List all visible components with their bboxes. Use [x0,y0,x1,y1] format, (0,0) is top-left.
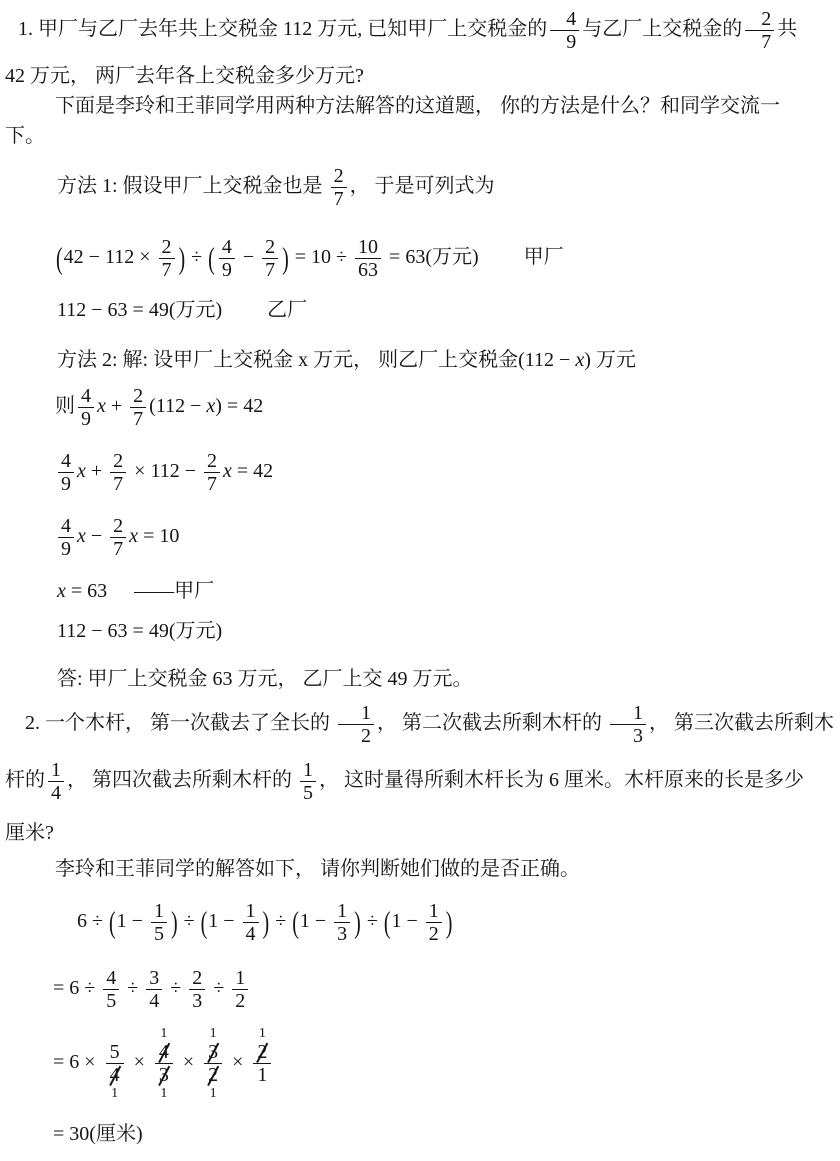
right-paren: ) [354,902,361,942]
fraction-3-4: 34 [146,967,162,1012]
method1-text: 方法 1: 假设甲厂上交税金也是 [57,175,323,197]
denominator: 7 [110,473,126,495]
fraction-4-9: 49 [550,8,579,53]
equation-text: 1 − [117,910,143,932]
right-paren: ) [179,238,186,278]
numerator: 1 [232,967,248,990]
digit: 1 [257,1064,267,1086]
numerator: 1 [610,702,646,725]
struck-digit: 2 [208,1064,218,1086]
method1-heading: 方法 1: 假设甲厂上交税金也是 27， 于是可列式为 [57,165,836,210]
division-sign: ÷ [213,977,224,999]
equation-text: = 6 × [53,1051,96,1073]
left-paren: ( [292,902,299,942]
numerator: 1 [243,900,259,923]
fraction-1-4: 14 [48,759,64,804]
equation-text: 112 − 63 = 49(万元) [57,299,222,321]
solution2-result: = 30(厘米) [53,1119,836,1149]
numerator: 4 [58,450,74,473]
numerator: 1 [48,759,64,782]
equation-text: 42 − 112 × [64,246,151,268]
numerator: 4 [550,8,579,31]
numerator: 1 [300,759,316,782]
left-paren: ( [109,902,116,942]
numerator: 1 [338,702,374,725]
problem2-intro: 李玲和王菲同学的解答如下， 请你判断她们做的是否正确。 [5,854,836,884]
minus-sign: − [243,246,254,268]
numerator: 1 [426,900,442,923]
intro-text: 下。 [5,125,45,147]
problem1-intro-line1: 下面是李玲和王菲同学用两种方法解答的这道题， 你的方法是什么？和同学交流一 [5,91,836,121]
denominator: 4 [106,1064,124,1086]
method2-equation5: 112 − 63 = 49(万元) [57,616,836,646]
multiplication-sign: × [134,1051,145,1073]
variable-x: x [77,525,86,547]
method2-equation2: 49x + 27 × 112 − 27x = 42 [55,450,836,495]
left-paren: ( [56,238,63,278]
fraction-2-7: 27 [130,385,146,430]
right-paren: ) [446,902,453,942]
denominator: 5 [151,923,167,945]
right-paren: ) [282,238,289,278]
problem2-statement-line1: 2. 一个木杆， 第一次截去了全长的 12， 第二次截去所剩木杆的 13， 第三… [5,702,836,747]
division-sign: ÷ [275,910,286,932]
denominator: 2 [426,923,442,945]
denominator: 9 [58,473,74,495]
problem2-text: 厘米? [5,822,54,844]
variable-x: x [57,580,66,602]
factory-a-label: 甲厂 [524,246,564,268]
problem1-text: 42 万元， 两厂去年各上交税金多少万元? [5,65,364,87]
answer-text: 答: 甲厂上交税金 63 万元， 乙厂上交 49 万元。 [57,668,473,690]
fraction-1-3: 13 [610,702,646,747]
denominator: 9 [219,259,235,281]
equation-result: = 30(厘米) [53,1123,143,1145]
numerator: 2 [262,236,278,259]
intro-text: 李玲和王菲同学的解答如下， 请你判断她们做的是否正确。 [55,858,580,880]
denominator: 7 [204,473,220,495]
method1-equation1: (42 − 112 × 27) ÷ (49 − 27) = 10 ÷ 1063 … [55,236,836,281]
fraction-4-5: 45 [103,967,119,1012]
digit: 5 [110,1041,120,1063]
numerator: 1 [334,900,350,923]
variable-x: x [77,460,86,482]
equation-result: = 63(万元) [389,246,479,268]
problem2-text: ， 第二次截去所剩木杆的 [377,712,602,734]
method2-equation4: x = 63 ——甲厂 [57,576,836,606]
numerator: 2 [745,8,774,31]
worksheet-page: 1. 甲厂与乙厂去年共上交税金 112 万元, 已知甲厂上交税金的49与乙厂上交… [0,0,840,1161]
denominator: 3 [334,923,350,945]
cancelled-fraction-4-3: 1431 [155,1026,173,1101]
denominator: 4 [48,782,64,804]
variable-x: x [223,460,232,482]
problem2-text: ， 第四次截去所剩木杆的 [67,769,292,791]
denominator: 7 [262,259,278,281]
problem1-text: 共 [777,18,797,40]
fraction-1-5: 15 [151,900,167,945]
numerator: 4 [58,515,74,538]
factory-b-label: 乙厂 [267,299,307,321]
left-paren: ( [201,902,208,942]
struck-digit: 4 [159,1041,169,1063]
equation-text: 则 [55,395,75,417]
fraction-1-2: 12 [232,967,248,1012]
variable-x: x [129,525,138,547]
equation-text: 1 − [208,910,234,932]
numerator: 2 [331,165,347,188]
numerator: 4 [155,1041,173,1064]
fraction-2-3: 23 [189,967,205,1012]
method2-text: 方法 2: 解: 设甲厂上交税金 x 万元， 则乙厂上交税金(112 − [57,349,570,371]
denominator: 3 [610,725,646,747]
variable-x: x [97,395,106,417]
fraction-4-9: 49 [58,450,74,495]
problem1-text: 与乙厂上交税金的 [582,18,742,40]
equation-text: = 42 [237,460,273,482]
denominator: 9 [550,31,579,53]
struck-digit: 3 [208,1041,218,1063]
fraction-2-7: 27 [110,450,126,495]
problem1-answer: 答: 甲厂上交税金 63 万元， 乙厂上交 49 万元。 [57,664,836,694]
denominator: 2 [232,990,248,1012]
fraction-1-2: 12 [426,900,442,945]
numerator: 1 [151,900,167,923]
solution2-line3-cancellation: = 6 × 541 × 1431 × 1321 × 121 [53,1026,836,1101]
method2-equation3: 49x − 27x = 10 [55,515,836,560]
plus-sign: + [111,395,122,417]
denominator: 5 [300,782,316,804]
problem2-statement-line3: 厘米? [5,818,836,848]
struck-digit: 3 [159,1064,169,1086]
fraction-10-63: 1063 [355,236,381,281]
denominator: 1 [253,1064,271,1086]
right-paren: ) [171,902,178,942]
numerator: 10 [355,236,381,259]
problem2-text: ， 第三次截去所剩木 [649,712,834,734]
numerator: 2 [110,515,126,538]
method1-equation2: 112 − 63 = 49(万元) 乙厂 [57,295,836,325]
cancel-result-bottom [253,1086,271,1101]
numerator: 4 [219,236,235,259]
left-paren: ( [384,902,391,942]
fraction-4-9: 49 [58,515,74,560]
cancel-result-top: 1 [155,1026,173,1041]
numerator: 4 [78,385,94,408]
intro-text: 下面是李玲和王菲同学用两种方法解答的这道题， 你的方法是什么？和同学交流一 [55,95,780,117]
method1-text: ， 于是可列式为 [350,175,495,197]
cancelled-fraction-5-4: 541 [106,1026,124,1101]
multiplication-sign: × [183,1051,194,1073]
dash-factory-a-label: ——甲厂 [134,580,214,602]
method2-heading: 方法 2: 解: 设甲厂上交税金 x 万元， 则乙厂上交税金(112 − x) … [57,345,836,375]
fraction-2-7: 27 [159,236,175,281]
equation-text: = 63 [71,580,107,602]
denominator: 2 [338,725,374,747]
numerator: 2 [159,236,175,259]
equation-text: × 112 − [134,460,196,482]
numerator: 3 [204,1041,222,1064]
denominator: 2 [204,1064,222,1086]
variable-x: x [575,349,584,371]
problem1-statement-line2: 42 万元， 两厂去年各上交税金多少万元? [5,61,836,91]
fraction-2-7: 27 [110,515,126,560]
numerator: 2 [253,1041,271,1064]
numerator: 2 [130,385,146,408]
denominator: 5 [103,990,119,1012]
solution2-line2: = 6 ÷ 45 ÷ 34 ÷ 23 ÷ 12 [53,967,836,1012]
numerator: 5 [106,1041,124,1064]
equation-text: 1 − [300,910,326,932]
cancel-result-top: 1 [253,1026,271,1041]
equation-text: = 10 [143,525,179,547]
cancel-result-top: 1 [204,1026,222,1041]
denominator: 7 [159,259,175,281]
division-sign: ÷ [184,910,195,932]
denominator: 9 [78,408,94,430]
cancelled-fraction-3-2: 1321 [204,1026,222,1101]
method2-equation1: 则49x + 27(112 − x) = 42 [55,385,836,430]
right-paren: ) [263,902,270,942]
numerator: 2 [204,450,220,473]
equation-text: 6 ÷ [77,910,103,932]
cancelled-fraction-2-1: 121 [253,1026,271,1101]
problem2-statement-line2: 杆的14， 第四次截去所剩木杆的 15， 这时量得所剩木杆长为 6 厘米。木杆原… [5,759,836,804]
denominator: 4 [243,923,259,945]
cancel-result-top [106,1026,124,1041]
denominator: 9 [58,538,74,560]
variable-x: x [206,395,215,417]
problem2-text: 2. 一个木杆， 第一次截去了全长的 [25,712,330,734]
fraction-1-2: 12 [338,702,374,747]
struck-digit: 4 [110,1064,120,1086]
fraction-4-9: 49 [78,385,94,430]
equation-text: 1 − [391,910,417,932]
equation-text: 112 − 63 = 49(万元) [57,620,222,642]
fraction-2-7: 27 [331,165,347,210]
struck-digit: 2 [257,1041,267,1063]
denominator: 3 [189,990,205,1012]
numerator: 3 [146,967,162,990]
fraction-1-4: 14 [243,900,259,945]
denominator: 3 [155,1064,173,1086]
left-paren: ( [208,238,215,278]
fraction-1-5: 15 [300,759,316,804]
division-sign: ÷ [170,977,181,999]
denominator: 7 [331,188,347,210]
method2-text: ) 万元 [584,349,636,371]
equation-text: = 6 ÷ [53,977,95,999]
problem1-intro-line2: 下。 [5,121,836,151]
cancel-result-bottom: 1 [106,1086,124,1101]
cancel-result-bottom: 1 [155,1086,173,1101]
numerator: 2 [110,450,126,473]
division-sign: ÷ [127,977,138,999]
problem2-text: ， 这时量得所剩木杆长为 6 厘米。木杆原来的长是多少 [319,769,804,791]
equation-text: = 10 ÷ [295,246,347,268]
denominator: 7 [110,538,126,560]
problem1-text: 1. 甲厂与乙厂去年共上交税金 112 万元, 已知甲厂上交税金的 [18,18,547,40]
division-sign: ÷ [367,910,378,932]
problem1-statement-line1: 1. 甲厂与乙厂去年共上交税金 112 万元, 已知甲厂上交税金的49与乙厂上交… [5,8,836,53]
equation-text: (112 − [149,395,201,417]
denominator: 63 [355,259,381,281]
fraction-2-7: 27 [745,8,774,53]
denominator: 7 [130,408,146,430]
plus-sign: + [91,460,102,482]
fraction-4-9: 49 [219,236,235,281]
denominator: 4 [146,990,162,1012]
fraction-2-7: 27 [262,236,278,281]
denominator: 7 [745,31,774,53]
division-sign: ÷ [191,246,202,268]
fraction-1-3: 13 [334,900,350,945]
solution2-line1: 6 ÷ (1 − 15) ÷ (1 − 14) ÷ (1 − 13) ÷ (1 … [77,900,836,945]
equation-text: ) = 42 [215,395,263,417]
problem2-text: 杆的 [5,769,45,791]
minus-sign: − [91,525,102,547]
cancel-result-bottom: 1 [204,1086,222,1101]
numerator: 2 [189,967,205,990]
numerator: 4 [103,967,119,990]
fraction-2-7: 27 [204,450,220,495]
multiplication-sign: × [232,1051,243,1073]
